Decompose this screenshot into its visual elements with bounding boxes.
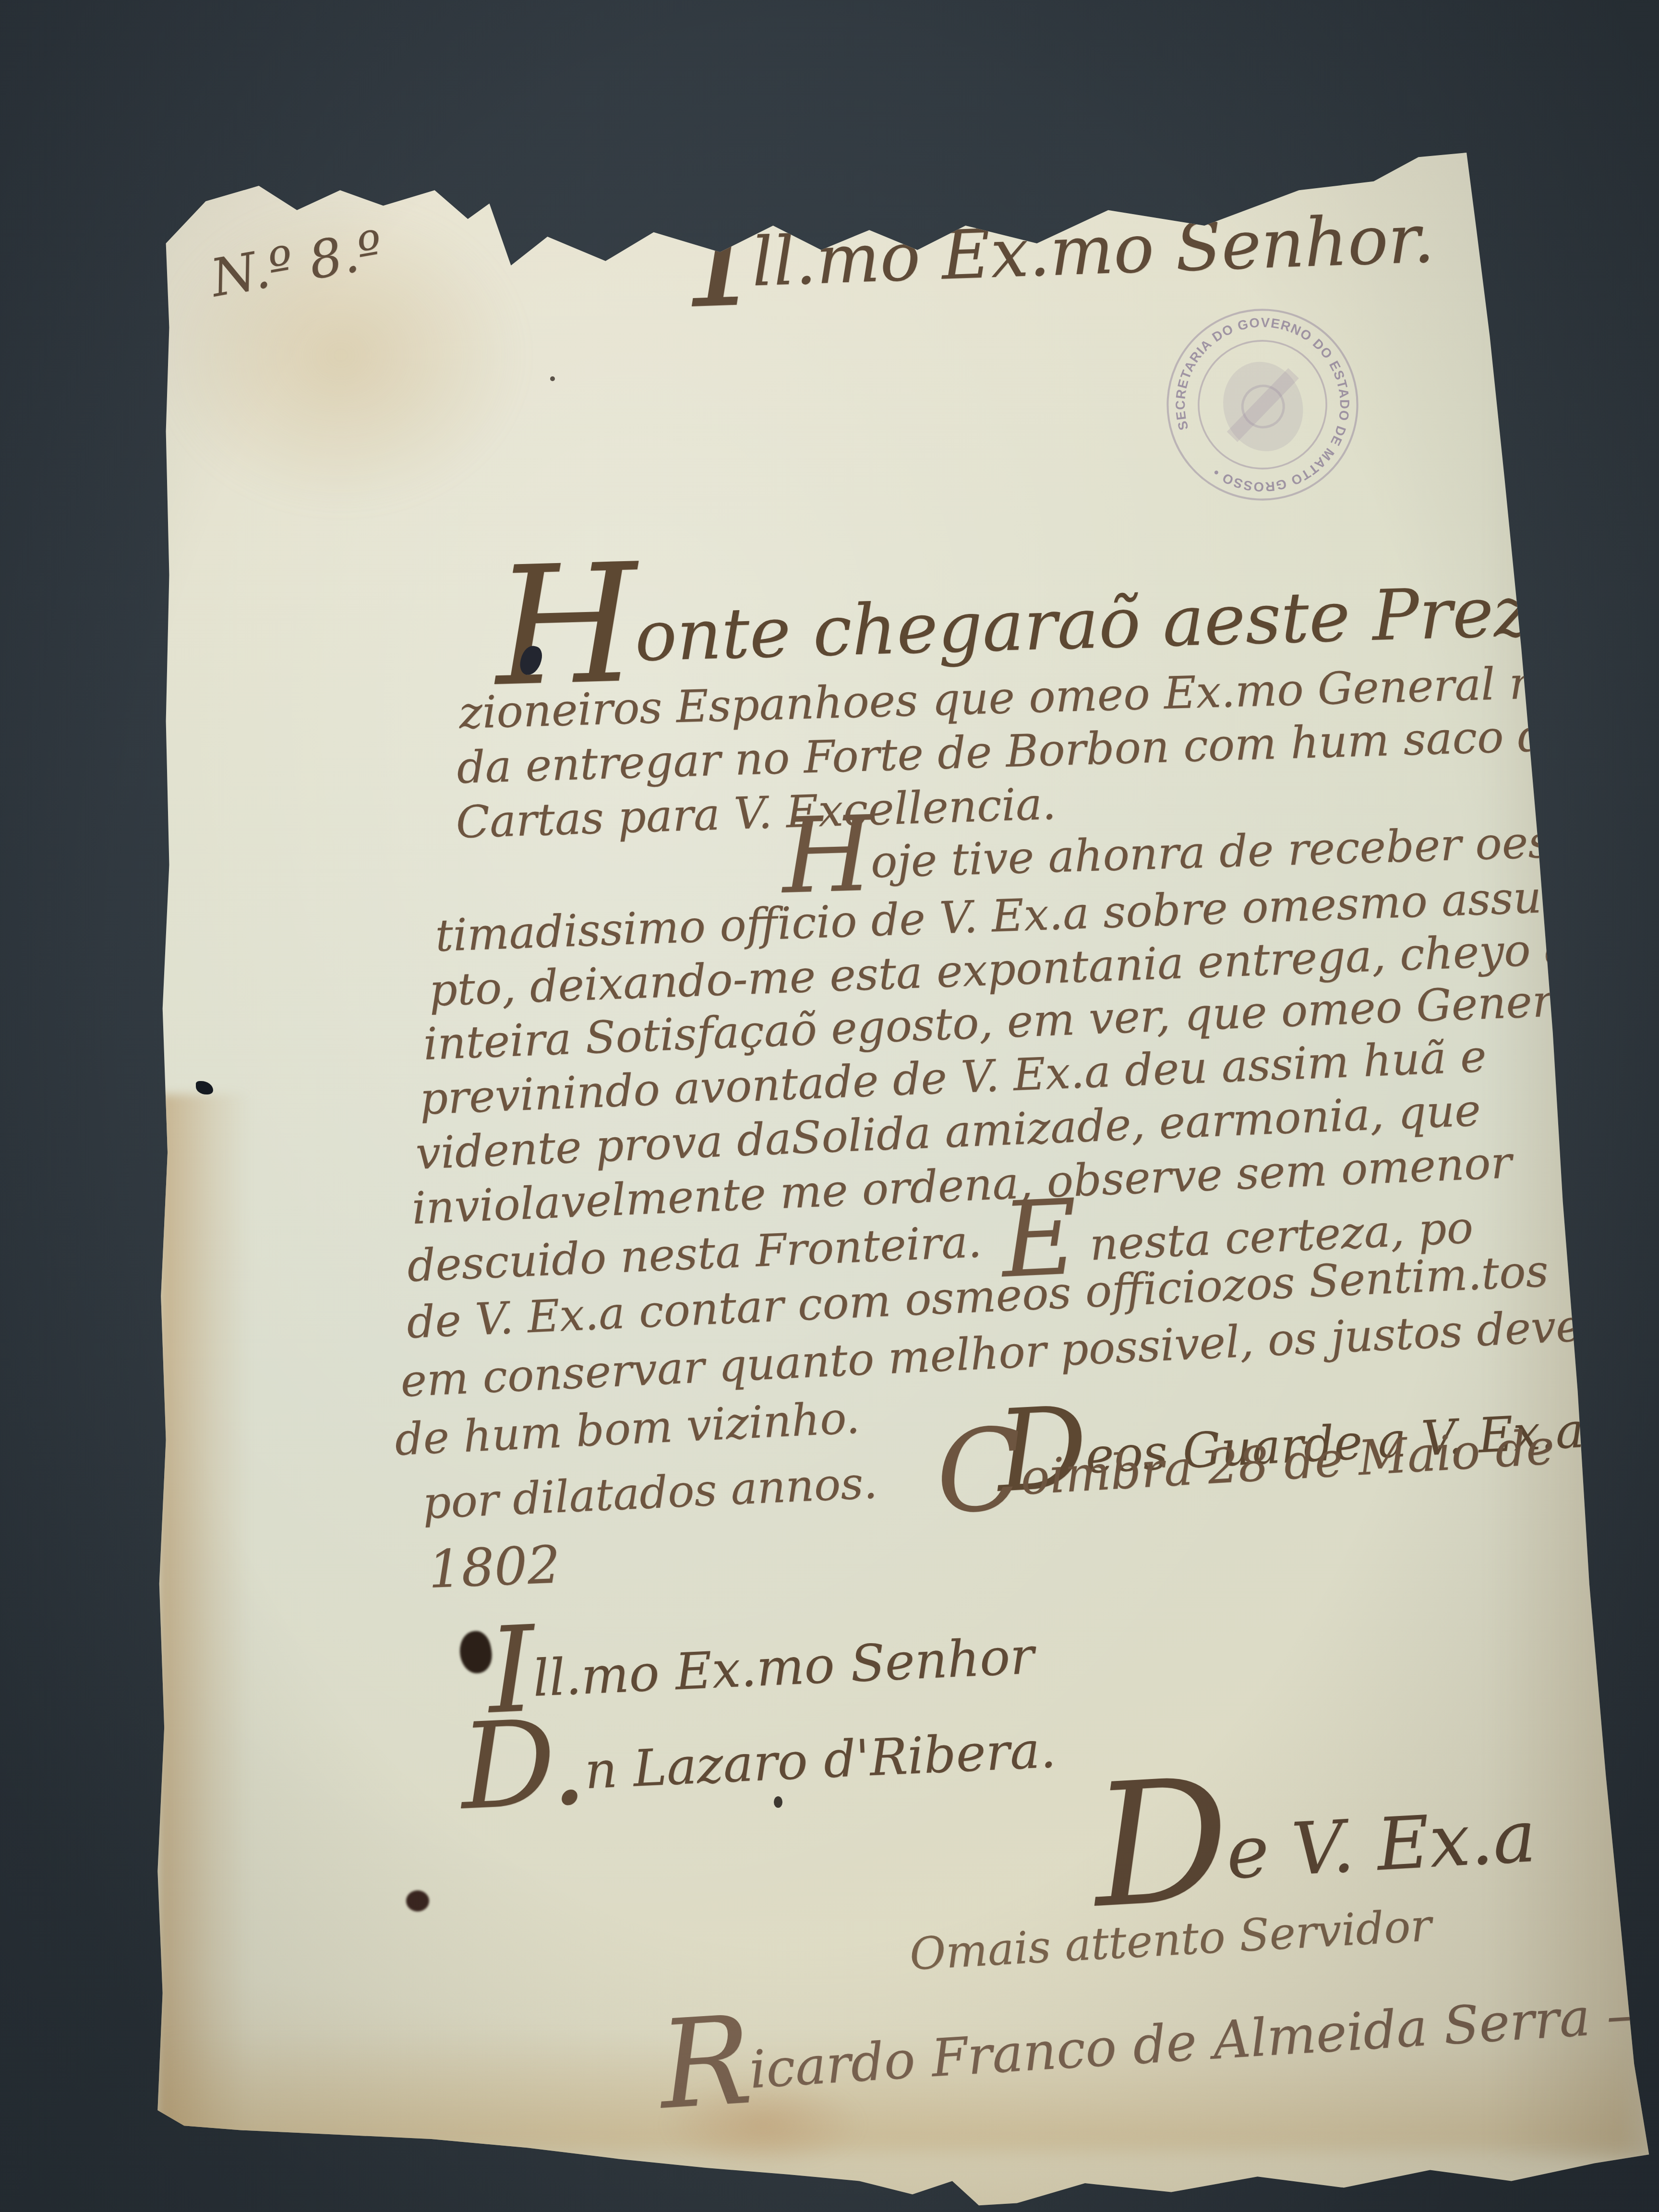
ink-blot [406,1890,429,1911]
closing-addressee: D.n Lazaro d'Ribera. [460,1720,1057,1806]
signature: Ricardo Franco de Almeida Serra — [659,1983,1659,2106]
secretaria-governo-matto-grosso-stamp: SECRETARIA DO GOVERNO DO ESTADO DE MATTO… [1132,275,1393,535]
photograph-of-manuscript-letter: SECRETARIA DO GOVERNO DO ESTADO DE MATTO… [0,0,1659,2212]
ink-speck [774,1796,782,1808]
body-line-year: 1802 [427,1535,561,1599]
letter-number: N.º 8.º [206,219,387,309]
left-edge-stain [158,1094,250,2136]
body-line-dateline-left: por dilatados annos. [421,1457,878,1529]
letter-paper: SECRETARIA DO GOVERNO DO ESTADO DE MATTO… [0,0,1659,2212]
ink-blot [196,1081,213,1094]
ink-speck [550,376,555,381]
closing-valediction: De V. Ex.a [1092,1795,1538,1903]
edge-tear-mark [1589,1047,1617,1088]
